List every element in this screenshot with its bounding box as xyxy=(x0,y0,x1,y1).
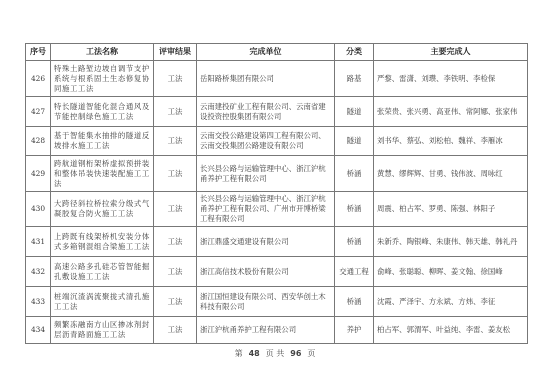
completing-unit: 浙江鼎盛交通建设有限公司 xyxy=(197,227,335,257)
review-result: 工法 xyxy=(154,127,197,156)
method-name: 特殊土路堑边坡自调节支护系统与根系固土生态修复协同施工工法 xyxy=(51,61,154,97)
main-contributors: 朱新乔、陶银峰、朱康伟、韩天雄、韩礼丹 xyxy=(374,227,528,257)
category: 交通工程 xyxy=(335,257,374,287)
method-name: 跨航道钢桁架桥虚拟预拼装和整体吊装快速装配施工工法 xyxy=(51,156,154,192)
review-result: 工法 xyxy=(154,317,197,344)
method-name: 高速公路多孔硅芯管智能掘孔敷设施工工法 xyxy=(51,257,154,287)
method-name: 基于智能集水抽排的隧道反坡排水施工工法 xyxy=(51,127,154,156)
row-index: 426 xyxy=(26,61,51,97)
table-row: 434频繁冻融南方山区掺冰剂封层沥青路面施工工法工法浙江沪杭甬养护工程有限公司养… xyxy=(26,317,528,344)
row-index: 431 xyxy=(26,227,51,257)
review-result: 工法 xyxy=(154,192,197,227)
main-contributors: 刘书华、蔡弘、刘松柏、魏祥、李雁冰 xyxy=(374,127,528,156)
review-result: 工法 xyxy=(154,97,197,127)
header-index: 序号 xyxy=(26,44,51,61)
header-review-result: 评审结果 xyxy=(154,44,197,61)
completing-unit: 云南交投公路建设第四工程有限公司、云南交投集团公路建设有限公司 xyxy=(197,127,335,156)
method-name: 频繁冻融南方山区掺冰剂封层沥青路面施工工法 xyxy=(51,317,154,344)
footer-prefix: 第 xyxy=(235,349,243,358)
completing-unit: 浙江国恒建设有限公司、西安华创土木科技有限公司 xyxy=(197,287,335,317)
category: 隧道 xyxy=(335,97,374,127)
completing-unit: 浙江高信技术股份有限公司 xyxy=(197,257,335,287)
table-row: 428基于智能集水抽排的隧道反坡排水施工工法工法云南交投公路建设第四工程有限公司… xyxy=(26,127,528,156)
table-row: 432高速公路多孔硅芯管智能掘孔敷设施工工法工法浙江高信技术股份有限公司交通工程… xyxy=(26,257,528,287)
review-result: 工法 xyxy=(154,287,197,317)
table-header-row: 序号 工法名称 评审结果 完成单位 分类 主要完成人 xyxy=(26,44,528,61)
award-table: 序号 工法名称 评审结果 完成单位 分类 主要完成人 426特殊土路堑边坡自调节… xyxy=(25,43,528,344)
row-index: 427 xyxy=(26,97,51,127)
document-page: 序号 工法名称 评审结果 完成单位 分类 主要完成人 426特殊土路堑边坡自调节… xyxy=(0,0,550,389)
review-result: 工法 xyxy=(154,257,197,287)
category: 桥涵 xyxy=(335,227,374,257)
category: 隧道 xyxy=(335,127,374,156)
header-completing-unit: 完成单位 xyxy=(197,44,335,61)
completing-unit: 岳阳路桥集团有限公司 xyxy=(197,61,335,97)
completing-unit: 浙江沪杭甬养护工程有限公司 xyxy=(197,317,335,344)
table-row: 426特殊土路堑边坡自调节支护系统与根系固土生态修复协同施工工法工法岳阳路桥集团… xyxy=(26,61,528,97)
category: 桥涵 xyxy=(335,156,374,192)
header-method-name: 工法名称 xyxy=(51,44,154,61)
category: 路基 xyxy=(335,61,374,97)
main-contributors: 柏占军、郭渭军、叶益纯、李雷、姜友松 xyxy=(374,317,528,344)
table-row: 431上跨既有线架桥机安装分体式多箱钢混组合梁施工工法工法浙江鼎盛交通建设有限公… xyxy=(26,227,528,257)
category: 桥涵 xyxy=(335,287,374,317)
main-contributors: 周震、柏占军、罗勇、陈强、林阳子 xyxy=(374,192,528,227)
total-page-number: 96 xyxy=(290,349,301,358)
current-page-number: 48 xyxy=(249,349,260,358)
row-index: 428 xyxy=(26,127,51,156)
main-contributors: 严黎、雷潇、刘瓒、李铁明、李检保 xyxy=(374,61,528,97)
header-category: 分类 xyxy=(335,44,374,61)
row-index: 434 xyxy=(26,317,51,344)
review-result: 工法 xyxy=(154,227,197,257)
category: 养护 xyxy=(335,317,374,344)
row-index: 432 xyxy=(26,257,51,287)
completing-unit: 长兴县公路与运输管理中心、浙江沪杭甬养护工程有限公司、广州市开博桥梁工程有限公司 xyxy=(197,192,335,227)
review-result: 工法 xyxy=(154,156,197,192)
footer-mid: 页 共 xyxy=(266,349,285,358)
table-row: 429跨航道钢桁架桥虚拟预拼装和整体吊装快速装配施工工法工法长兴县公路与运输管理… xyxy=(26,156,528,192)
table-row: 427特长隧道智能化混合通风及节能控制绿色施工工法工法云南建投矿业工程有限公司、… xyxy=(26,97,528,127)
main-contributors: 沈霞、严泽宇、方永斌、方炜、李征 xyxy=(374,287,528,317)
row-index: 429 xyxy=(26,156,51,192)
footer-suffix: 页 xyxy=(307,349,315,358)
header-main-contributors: 主要完成人 xyxy=(374,44,528,61)
completing-unit: 云南建投矿业工程有限公司、云南省建设投资控股集团有限公司 xyxy=(197,97,335,127)
table-row: 430大跨径斜拉桥拉索分级式气凝胶复合防火施工工法工法长兴县公路与运输管理中心、… xyxy=(26,192,528,227)
row-index: 433 xyxy=(26,287,51,317)
method-name: 大跨径斜拉桥拉索分级式气凝胶复合防火施工工法 xyxy=(51,192,154,227)
main-contributors: 黄慧、缪辉辉、甘勇、钱伟波、周咏红 xyxy=(374,156,528,192)
review-result: 工法 xyxy=(154,61,197,97)
method-name: 特长隧道智能化混合通风及节能控制绿色施工工法 xyxy=(51,97,154,127)
completing-unit: 长兴县公路与运输管理中心、浙江沪杭甬养护工程有限公司 xyxy=(197,156,335,192)
main-contributors: 张荣贵、张兴勇、高亚伟、常阿娜、张家伟 xyxy=(374,97,528,127)
table-row: 433桩端沉渣涡流聚拢式清孔施工工法工法浙江国恒建设有限公司、西安华创土木科技有… xyxy=(26,287,528,317)
page-footer: 第48页 共96页 xyxy=(0,348,550,359)
main-contributors: 俞峰、张聪聪、柳晖、姜文翰、徐国峰 xyxy=(374,257,528,287)
row-index: 430 xyxy=(26,192,51,227)
category: 桥涵 xyxy=(335,192,374,227)
method-name: 桩端沉渣涡流聚拢式清孔施工工法 xyxy=(51,287,154,317)
method-name: 上跨既有线架桥机安装分体式多箱钢混组合梁施工工法 xyxy=(51,227,154,257)
